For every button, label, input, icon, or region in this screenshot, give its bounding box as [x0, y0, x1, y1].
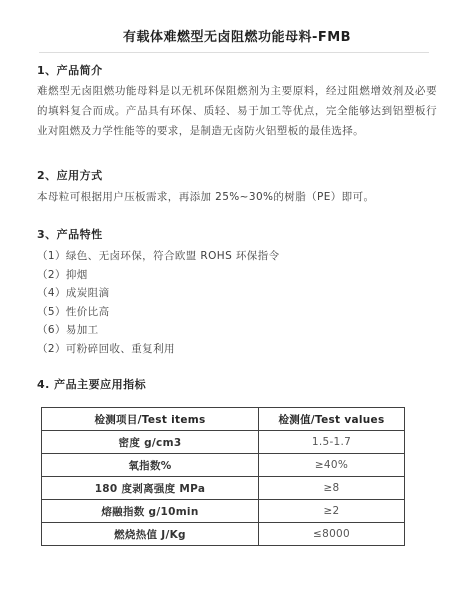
table-row: 氧指数% ≥40%	[42, 454, 405, 477]
test-value-cell: ≥2	[259, 500, 405, 523]
table-row: 密度 g/cm3 1.5-1.7	[42, 431, 405, 454]
application-paragraph: 本母粒可根据用户压板需求，再添加 25%~30%的树脂（PE）即可。	[37, 187, 437, 207]
feature-item: （5）性价比高	[37, 303, 437, 322]
table-row: 燃烧热值 J/Kg ≤8000	[42, 523, 405, 546]
section-heading-features: 3、产品特性	[37, 227, 437, 242]
feature-item: （4）成炭阻滴	[37, 284, 437, 303]
table-header-test-values: 检测值/Test values	[259, 408, 405, 431]
feature-item: （2）抑烟	[37, 266, 437, 285]
title-divider	[39, 52, 429, 53]
feature-item: （2）可粉碎回收、重复利用	[37, 340, 437, 359]
feature-item: （1）绿色、无卤环保，符合欧盟 ROHS 环保指令	[37, 247, 437, 266]
table-row: 180 度剥离强度 MPa ≥8	[42, 477, 405, 500]
section-heading-application: 2、应用方式	[37, 168, 437, 183]
section-heading-intro: 1、产品简介	[37, 63, 437, 78]
test-value-cell: 1.5-1.7	[259, 431, 405, 454]
table-row: 熔融指数 g/10min ≥2	[42, 500, 405, 523]
test-value-cell: ≥40%	[259, 454, 405, 477]
test-item-cell: 熔融指数 g/10min	[42, 500, 259, 523]
test-item-cell: 密度 g/cm3	[42, 431, 259, 454]
table-header-row: 检测项目/Test items 检测值/Test values	[42, 408, 405, 431]
test-item-cell: 180 度剥离强度 MPa	[42, 477, 259, 500]
test-value-cell: ≤8000	[259, 523, 405, 546]
feature-list: （1）绿色、无卤环保，符合欧盟 ROHS 环保指令 （2）抑烟 （4）成炭阻滴 …	[37, 247, 437, 358]
test-item-cell: 氧指数%	[42, 454, 259, 477]
section-heading-specs: 4. 产品主要应用指标	[37, 377, 437, 392]
test-value-cell: ≥8	[259, 477, 405, 500]
test-items-table: 检测项目/Test items 检测值/Test values 密度 g/cm3…	[41, 407, 405, 546]
feature-item: （6）易加工	[37, 321, 437, 340]
page-title: 有载体难燃型无卤阻燃功能母料-FMB	[37, 0, 437, 46]
document-page: 有载体难燃型无卤阻燃功能母料-FMB 1、产品简介 难燃型无卤阻燃功能母料是以无…	[0, 0, 473, 615]
intro-paragraph: 难燃型无卤阻燃功能母料是以无机环保阻燃剂为主要原料，经过阻燃增效剂及必要的填料复…	[37, 81, 437, 141]
test-item-cell: 燃烧热值 J/Kg	[42, 523, 259, 546]
table-header-test-items: 检测项目/Test items	[42, 408, 259, 431]
